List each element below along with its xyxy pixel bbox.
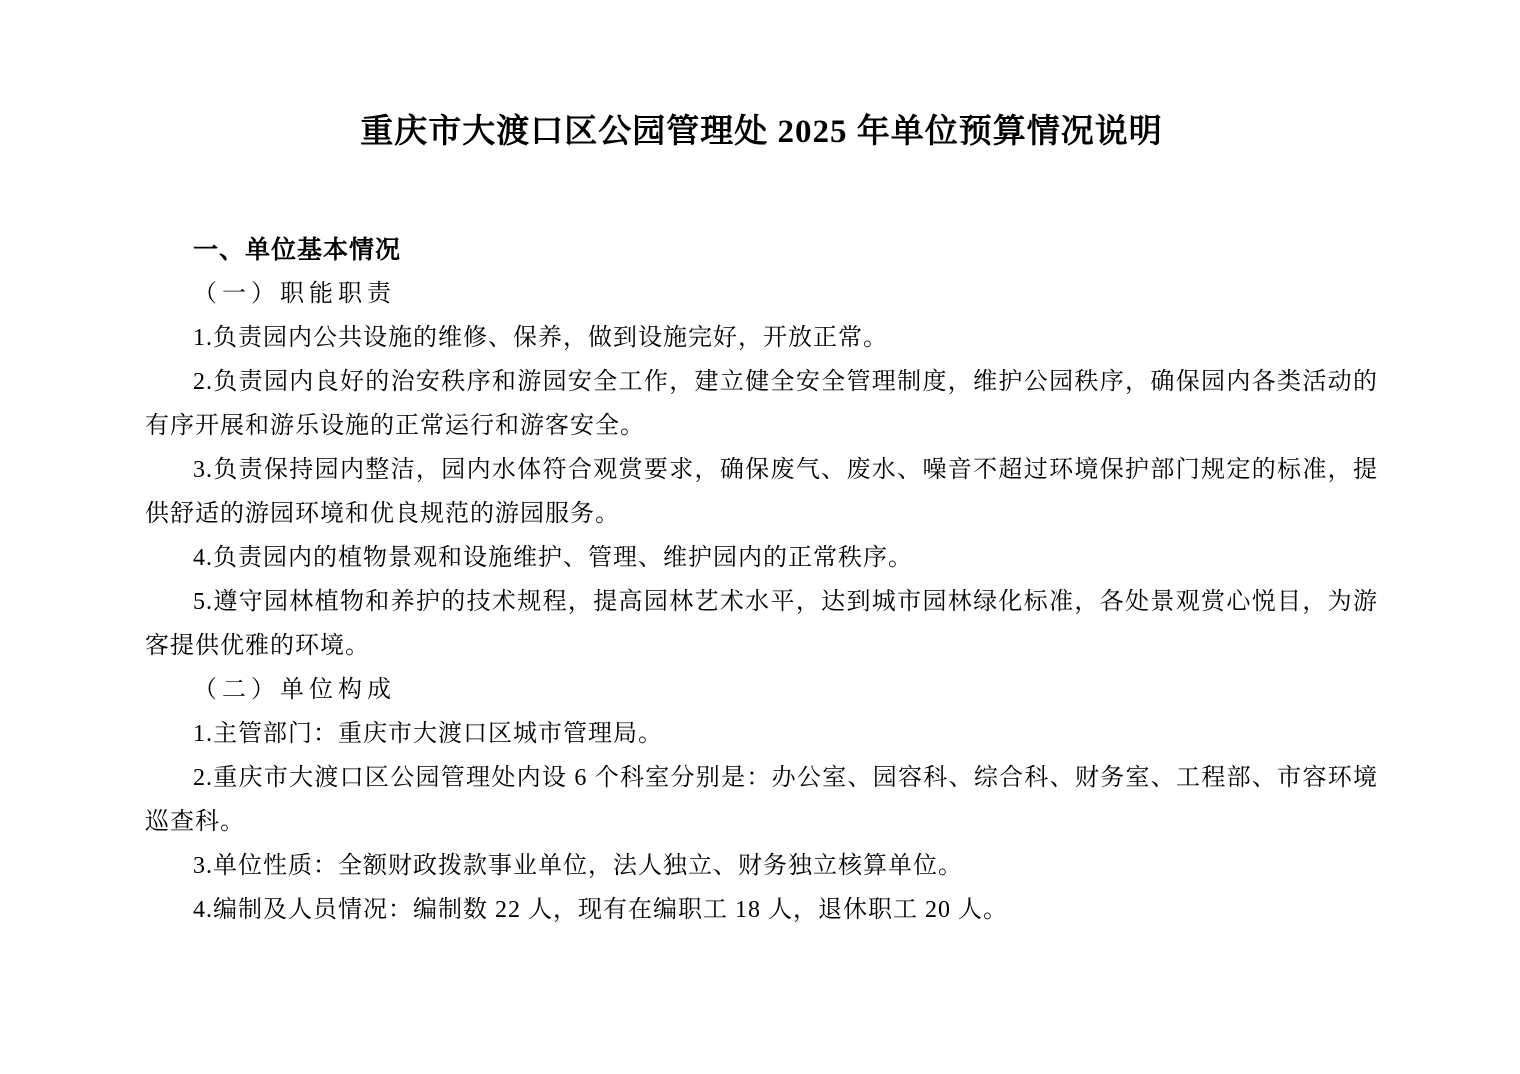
composition-paragraph-3: 3.单位性质：全额财政拨款事业单位，法人独立、财务独立核算单位。 [145, 844, 1378, 888]
subsection-heading-duties: （一）职能职责 [145, 272, 1378, 316]
composition-paragraph-4: 4.编制及人员情况：编制数 22 人，现有在编职工 18 人，退休职工 20 人… [145, 888, 1378, 932]
duties-paragraph-3: 3.负责保持园内整洁，园内水体符合观赏要求，确保废气、废水、噪音不超过环境保护部… [145, 448, 1378, 536]
document-page: 重庆市大渡口区公园管理处 2025 年单位预算情况说明 一、单位基本情况 （一）… [0, 0, 1520, 1074]
document-title: 重庆市大渡口区公园管理处 2025 年单位预算情况说明 [145, 0, 1378, 154]
duties-paragraph-4: 4.负责园内的植物景观和设施维护、管理、维护园内的正常秩序。 [145, 536, 1378, 580]
section-heading-basic-info: 一、单位基本情况 [145, 228, 1378, 272]
composition-paragraph-2: 2.重庆市大渡口区公园管理处内设 6 个科室分别是：办公室、园容科、综合科、财务… [145, 756, 1378, 844]
duties-paragraph-1: 1.负责园内公共设施的维修、保养，做到设施完好，开放正常。 [145, 316, 1378, 360]
composition-paragraph-1: 1.主管部门：重庆市大渡口区城市管理局。 [145, 712, 1378, 756]
duties-paragraph-5: 5.遵守园林植物和养护的技术规程，提高园林艺术水平，达到城市园林绿化标准，各处景… [145, 580, 1378, 668]
document-body: 一、单位基本情况 （一）职能职责 1.负责园内公共设施的维修、保养，做到设施完好… [145, 228, 1378, 932]
duties-paragraph-2: 2.负责园内良好的治安秩序和游园安全工作，建立健全安全管理制度，维护公园秩序，确… [145, 360, 1378, 448]
subsection-heading-composition: （二）单位构成 [145, 668, 1378, 712]
